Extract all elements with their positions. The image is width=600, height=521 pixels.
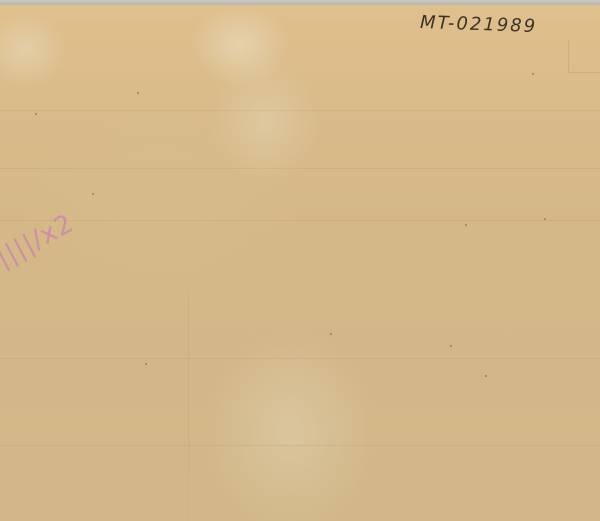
- paper-fold-crease: [188, 290, 189, 521]
- paper-speck: [330, 333, 332, 335]
- paper-speck: [92, 193, 94, 195]
- paper-speck: [137, 92, 139, 94]
- paper-speck: [532, 73, 534, 75]
- paper-speck: [485, 375, 487, 377]
- faint-ruled-line: [0, 220, 600, 221]
- paper-speck: [465, 224, 467, 226]
- faint-ruled-line: [0, 168, 600, 169]
- scan-edge: [0, 0, 600, 5]
- faint-ruled-line: [0, 110, 600, 111]
- paper-speck: [145, 363, 147, 365]
- paper-corner-crease: [568, 40, 600, 73]
- document-page: MT-021989 ||||/x2: [0, 0, 600, 521]
- faint-ruled-line: [0, 445, 600, 446]
- faint-ruled-line: [0, 358, 600, 359]
- paper-speck: [35, 113, 37, 115]
- purple-margin-mark: ||||/x2: [0, 208, 79, 273]
- handwritten-reference-number: MT-021989: [420, 12, 538, 37]
- paper-speck: [450, 345, 452, 347]
- paper-speck: [544, 218, 546, 220]
